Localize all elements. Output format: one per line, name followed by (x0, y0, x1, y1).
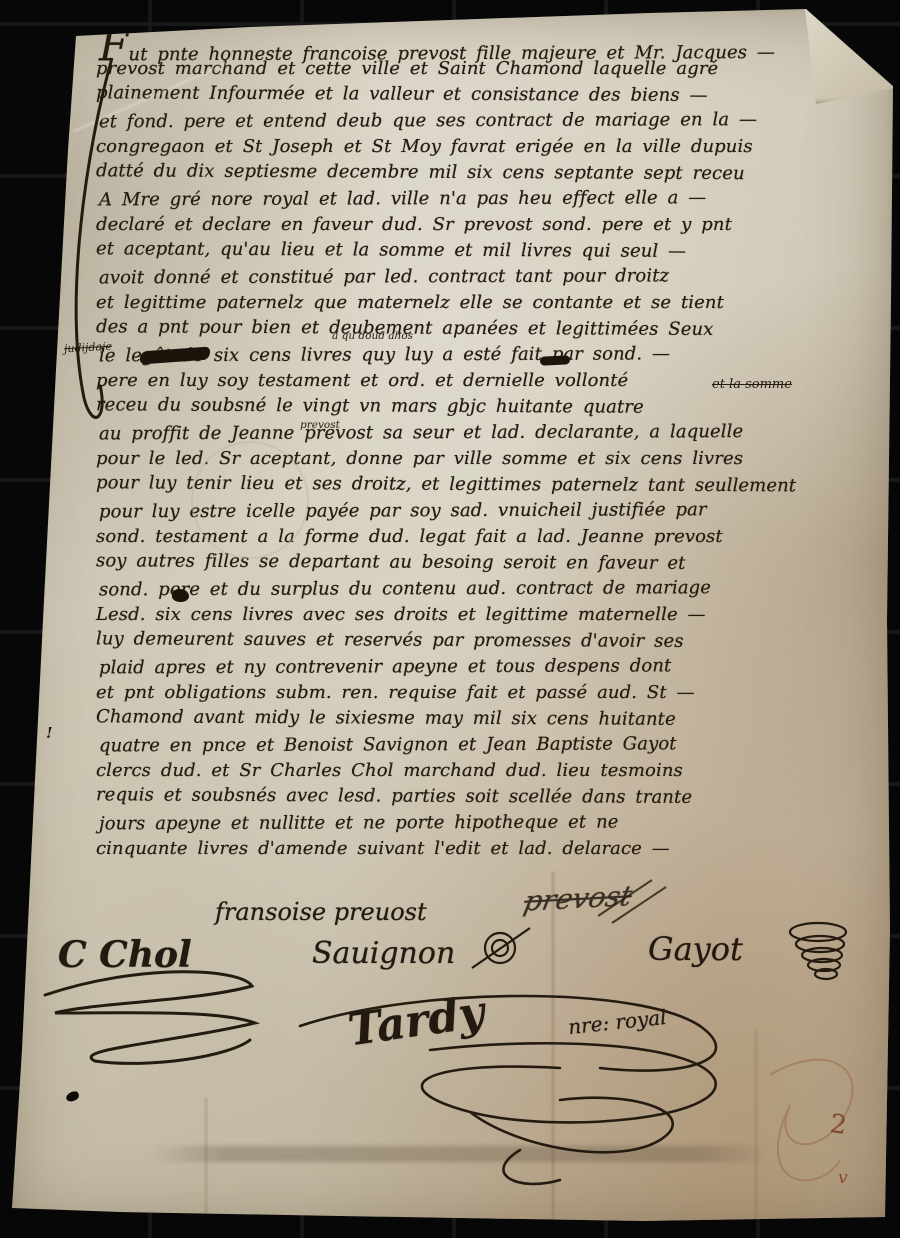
margin-exclamation-mark: ! (46, 724, 53, 742)
verso-ink-bleed-through (150, 1146, 770, 1162)
signature-savignon: Sauignon (312, 936, 455, 971)
manuscript-line: receu du soubsné le vingt vn mars gbjc h… (96, 392, 880, 421)
manuscript-line: quatre en pnce et Benoist Savignon et Je… (96, 731, 880, 760)
manuscript-line: requis et soubsnés avec lesd. parties so… (96, 782, 880, 811)
manuscript-line: clercs dud. et Sr Charles Chol marchand … (96, 758, 880, 784)
gayot-signature-coil-paraph (790, 923, 846, 979)
interlinear-insertion: prevost (300, 419, 340, 431)
ink-blot (172, 589, 189, 602)
manuscript-line: le legât de six cens livres quy luy a es… (96, 341, 880, 370)
manuscript-line: et aceptant, qu'au lieu et la somme et m… (96, 236, 880, 265)
chol-signature-paraph (45, 972, 255, 1064)
struck-out-words: et la somme (712, 377, 792, 392)
manuscript-line: avoit donné et constitué par led. contra… (96, 263, 880, 292)
manuscript-line: A Mre gré nore royal et lad. ville n'a p… (96, 185, 880, 214)
manuscript-line: et pnt obligations subm. ren. requise fa… (96, 680, 880, 706)
margin-note-struck: judijdaje (64, 340, 113, 355)
manuscript-line: des a pnt pour bien et deubement apanées… (96, 314, 880, 343)
manuscript-line: Fut pnte honneste francoise prevost fill… (96, 29, 880, 58)
manuscript-line: plainement Infourmée et la valleur et co… (96, 80, 880, 109)
signature-chol: C Chol (58, 934, 192, 976)
manuscript-line: luy demeurent sauves et reservés par pro… (96, 626, 880, 655)
manuscript-line: sond. testament a la forme dud. legat fa… (96, 524, 880, 550)
savignon-signature-paraph (472, 928, 530, 968)
ink-hole-spot (65, 1090, 80, 1103)
signature-prevost-paraph: prevost (521, 879, 635, 918)
ink-blot-deletion (540, 355, 570, 366)
sanguine-corner-mark: 2 (828, 1109, 849, 1141)
manuscript-line: Lesd. six cens livres avec ses droits et… (96, 602, 880, 628)
manuscript-line: pour le led. Sr aceptant, donne par vill… (96, 446, 880, 472)
manuscript-paper-sheet: Fut pnte honneste francoise prevost fill… (0, 0, 900, 1238)
manuscript-line: et fond. pere et entend deub que ses con… (96, 107, 880, 136)
signature-gayot: Gayot (648, 930, 743, 968)
vertical-fold-crease (755, 1030, 757, 1235)
interlinear-insertion: â qu doud ahos (332, 330, 413, 342)
manuscript-line: soy autres filles se departant au besoin… (96, 548, 880, 577)
manuscript-line: au proffit de Jeanne prevost sa seur et … (96, 419, 880, 448)
vertical-fold-crease (552, 872, 554, 1238)
manuscript-line: congregaon et St Joseph et St Moy favrat… (96, 134, 880, 160)
manuscript-line: declaré et declare en faveur dud. Sr pre… (96, 212, 880, 238)
sanguine-check-mark: v (838, 1168, 848, 1188)
manuscript-line: et legittime paternelz que maternelz ell… (96, 290, 880, 316)
manuscript-line: cinquante livres d'amende suivant l'edit… (96, 836, 880, 862)
manuscript-text-block: Fut pnte honneste francoise prevost fill… (96, 30, 880, 862)
manuscript-line: Chamond avant midy le sixiesme may mil s… (96, 704, 880, 733)
photograph-of-manuscript: { "scene": { "background_color": "#07070… (0, 0, 900, 1238)
manuscript-line: jours apeyne et nullitte et ne porte hip… (96, 809, 880, 838)
manuscript-line: plaid apres et ny contrevenir apeyne et … (96, 653, 880, 682)
manuscript-line: sond. pere et du surplus du contenu aud.… (96, 575, 880, 604)
manuscript-line: pour luy tenir lieu et ses droitz, et le… (96, 470, 880, 499)
notary-royal-title: nre: royal (567, 1005, 668, 1039)
signature-tardy-notary: Tardy (345, 987, 487, 1057)
manuscript-line: pour luy estre icelle payée par soy sad.… (96, 497, 880, 526)
signature-francoise-prevost: fransoise preuost (215, 898, 427, 926)
manuscript-line: datté du dix septiesme decembre mil six … (96, 158, 880, 187)
